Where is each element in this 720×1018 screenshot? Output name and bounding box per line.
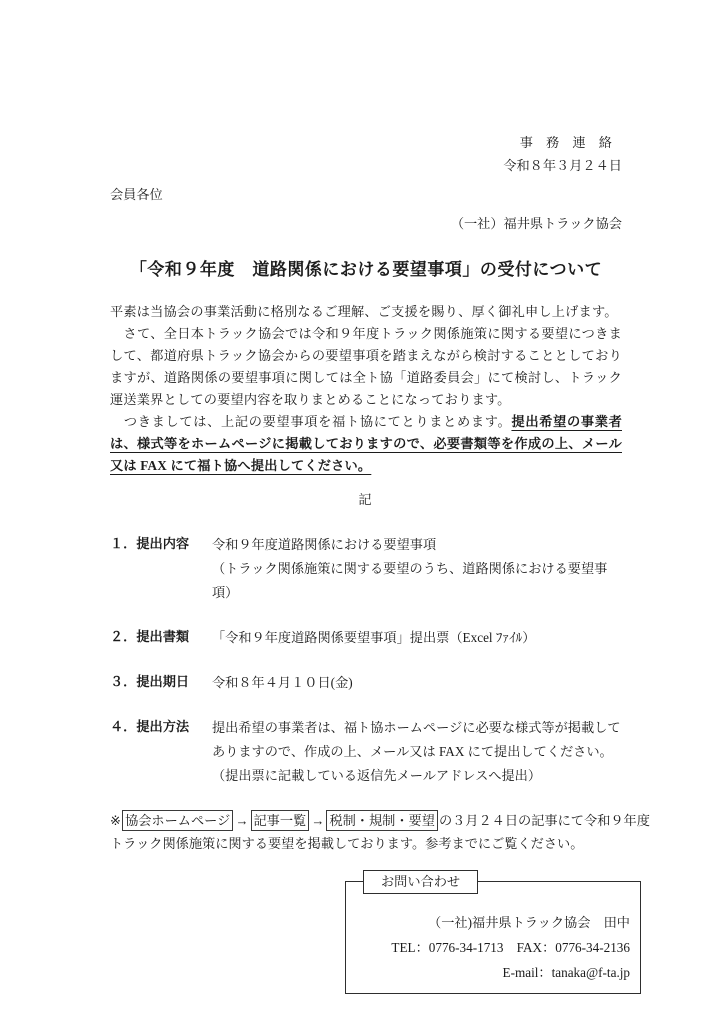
item-line: 令和９年度道路関係における要望事項 (212, 533, 622, 557)
doc-date: 令和８年３月２４日 (110, 155, 622, 177)
item-line: （トラック関係施策に関する要望のうち、道路関係における要望事項） (212, 557, 622, 605)
contact-organization: （一社)福井県トラック協会 田中 (356, 910, 630, 935)
contact-label: お問い合わせ (363, 870, 478, 894)
paragraph-greeting: 平素は当協会の事業活動に格別なるご理解、ご支援を賜り、厚く御礼申し上げます。 (110, 301, 622, 323)
document-page: 事 務 連 絡 令和８年３月２４日 会員各位 （一社）福井県トラック協会 「令和… (0, 0, 720, 1018)
item-label: １．提出内容 (110, 533, 212, 605)
contact-email: E-mail：tanaka@f-ta.jp (356, 960, 630, 985)
sender-organization: （一社）福井県トラック協会 (110, 213, 622, 235)
contact-box: お問い合わせ （一社)福井県トラック協会 田中 TEL：0776-34-1713… (345, 881, 641, 994)
document-content: 事 務 連 絡 令和８年３月２４日 会員各位 （一社）福井県トラック協会 「令和… (110, 132, 622, 994)
item-body: 令和８年４月１０日(金) (212, 671, 622, 695)
item-submission-method: ４．提出方法 提出希望の事業者は、福ト協ホームページに必要な様式等が掲載して あ… (110, 716, 622, 788)
note-suffix: の３月２４日の記事にて令和９年度 (439, 813, 650, 828)
item-label: ２．提出書類 (110, 626, 212, 650)
item-submission-content: １．提出内容 令和９年度道路関係における要望事項 （トラック関係施策に関する要望… (110, 533, 622, 605)
paragraph-instruction: つきましては、上記の要望事項を福ト協にてとりまとめます。提出希望の事業者は、様式… (110, 411, 622, 477)
paragraph-background: さて、全日本トラック協会では令和９年度トラック関係施策に関する要望につきまして、… (110, 323, 622, 411)
item-submission-documents: ２．提出書類 「令和９年度道路関係要望事項」提出票（Excel ﾌｧｲﾙ） (110, 626, 622, 650)
body-text: 平素は当協会の事業活動に格別なるご理解、ご支援を賜り、厚く御礼申し上げます。 さ… (110, 301, 622, 477)
record-marker: 記 (110, 489, 622, 511)
item-body: 令和９年度道路関係における要望事項 （トラック関係施策に関する要望のうち、道路関… (212, 533, 622, 605)
arrow-right-icon: → (235, 809, 248, 832)
item-line: ありますので、作成の上、メール又は FAX にて提出してください。 (212, 740, 622, 764)
homepage-note: ※協会ホームページ→記事一覧→税制・規制・要望の３月２４日の記事にて令和９年度 … (110, 809, 622, 855)
item-label: ３．提出期日 (110, 671, 212, 695)
note-prefix: ※ (110, 813, 121, 828)
nav-step-tax-regulation: 税制・規制・要望 (326, 810, 438, 831)
item-body: 提出希望の事業者は、福ト協ホームページに必要な様式等が掲載して ありますので、作… (212, 716, 622, 788)
note-nav-path: ※協会ホームページ→記事一覧→税制・規制・要望の３月２４日の記事にて令和９年度 (110, 809, 622, 832)
instruction-normal-text: つきましては、上記の要望事項を福ト協にてとりまとめます。 (110, 414, 511, 429)
arrow-right-icon: → (311, 809, 324, 832)
page-title: 「令和９年度 道路関係における要望事項」の受付について (110, 259, 622, 281)
item-list: １．提出内容 令和９年度道路関係における要望事項 （トラック関係施策に関する要望… (110, 533, 622, 788)
item-line: （提出票に記載している返信先メールアドレスへ提出） (212, 764, 622, 788)
recipient: 会員各位 (110, 184, 622, 206)
item-line: 「令和９年度道路関係要望事項」提出票（Excel ﾌｧｲﾙ） (212, 626, 622, 650)
doc-type-label: 事 務 連 絡 (110, 132, 622, 154)
note-line2: トラック関係施策に関する要望を掲載しております。参考までにご覧ください。 (110, 832, 622, 855)
nav-step-article-list: 記事一覧 (251, 810, 310, 831)
item-line: 令和８年４月１０日(金) (212, 671, 622, 695)
item-body: 「令和９年度道路関係要望事項」提出票（Excel ﾌｧｲﾙ） (212, 626, 622, 650)
item-label: ４．提出方法 (110, 716, 212, 788)
item-line: 提出希望の事業者は、福ト協ホームページに必要な様式等が掲載して (212, 716, 622, 740)
item-submission-deadline: ３．提出期日 令和８年４月１０日(金) (110, 671, 622, 695)
contact-tel-fax: TEL：0776-34-1713 FAX：0776-34-2136 (356, 935, 630, 960)
nav-step-homepage: 協会ホームページ (122, 810, 233, 831)
